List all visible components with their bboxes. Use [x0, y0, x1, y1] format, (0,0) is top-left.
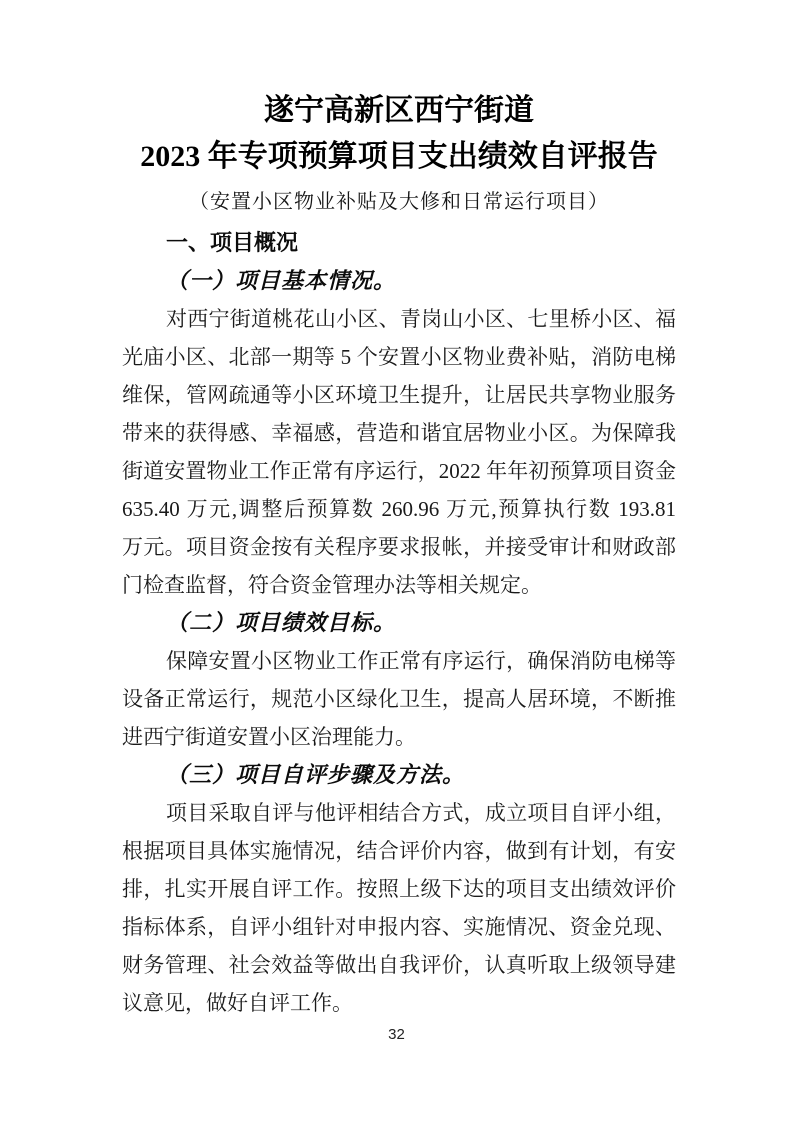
body-line: 议意见，做好自评工作。	[122, 984, 676, 1022]
body-line: 光庙小区、北部一期等 5 个安置小区物业费补贴，消防电梯	[122, 338, 676, 376]
body-line: 财务管理、社会效益等做出自我评价，认真听取上级领导建	[122, 946, 676, 984]
document-page: 遂宁高新区西宁街道 2023 年专项预算项目支出绩效自评报告 （安置小区物业补贴…	[0, 0, 793, 1122]
body-line: 门检查监督，符合资金管理办法等相关规定。	[122, 566, 676, 604]
body-line: 项目采取自评与他评相结合方式，成立项目自评小组，	[122, 794, 676, 832]
body-line: 排，扎实开展自评工作。按照上级下达的项目支出绩效评价	[122, 870, 676, 908]
body-line: 对西宁街道桃花山小区、青岗山小区、七里桥小区、福	[122, 300, 676, 338]
body-line: 635.40 万元,调整后预算数 260.96 万元,预算执行数 193.81	[122, 490, 676, 528]
report-title-line2: 2023 年专项预算项目支出绩效自评报告	[122, 134, 676, 180]
page-number: 32	[0, 1026, 793, 1043]
section-heading-project-overview: 一、项目概况	[122, 224, 676, 262]
subsection-heading-performance-goals: （二）项目绩效目标。	[122, 604, 676, 642]
body-line: 维保，管网疏通等小区环境卫生提升，让居民共享物业服务	[122, 376, 676, 414]
report-title-line1: 遂宁高新区西宁街道	[122, 88, 676, 134]
body-line: 带来的获得感、幸福感，营造和谐宜居物业小区。为保障我	[122, 414, 676, 452]
body-line: 设备正常运行，规范小区绿化卫生，提高人居环境，不断推	[122, 680, 676, 718]
body-line: 万元。项目资金按有关程序要求报帐，并接受审计和财政部	[122, 528, 676, 566]
body-line: 指标体系，自评小组针对申报内容、实施情况、资金兑现、	[122, 908, 676, 946]
document-content: 遂宁高新区西宁街道 2023 年专项预算项目支出绩效自评报告 （安置小区物业补贴…	[122, 88, 676, 1022]
subsection-heading-basic-info: （一）项目基本情况。	[122, 262, 676, 300]
body-line: 进西宁街道安置小区治理能力。	[122, 718, 676, 756]
body-line: 根据项目具体实施情况，结合评价内容，做到有计划，有安	[122, 832, 676, 870]
subsection-heading-self-evaluation-method: （三）项目自评步骤及方法。	[122, 756, 676, 794]
body-line: 保障安置小区物业工作正常有序运行，确保消防电梯等	[122, 642, 676, 680]
report-subtitle: （安置小区物业补贴及大修和日常运行项目）	[122, 180, 676, 224]
body-line: 街道安置物业工作正常有序运行，2022 年年初预算项目资金	[122, 452, 676, 490]
